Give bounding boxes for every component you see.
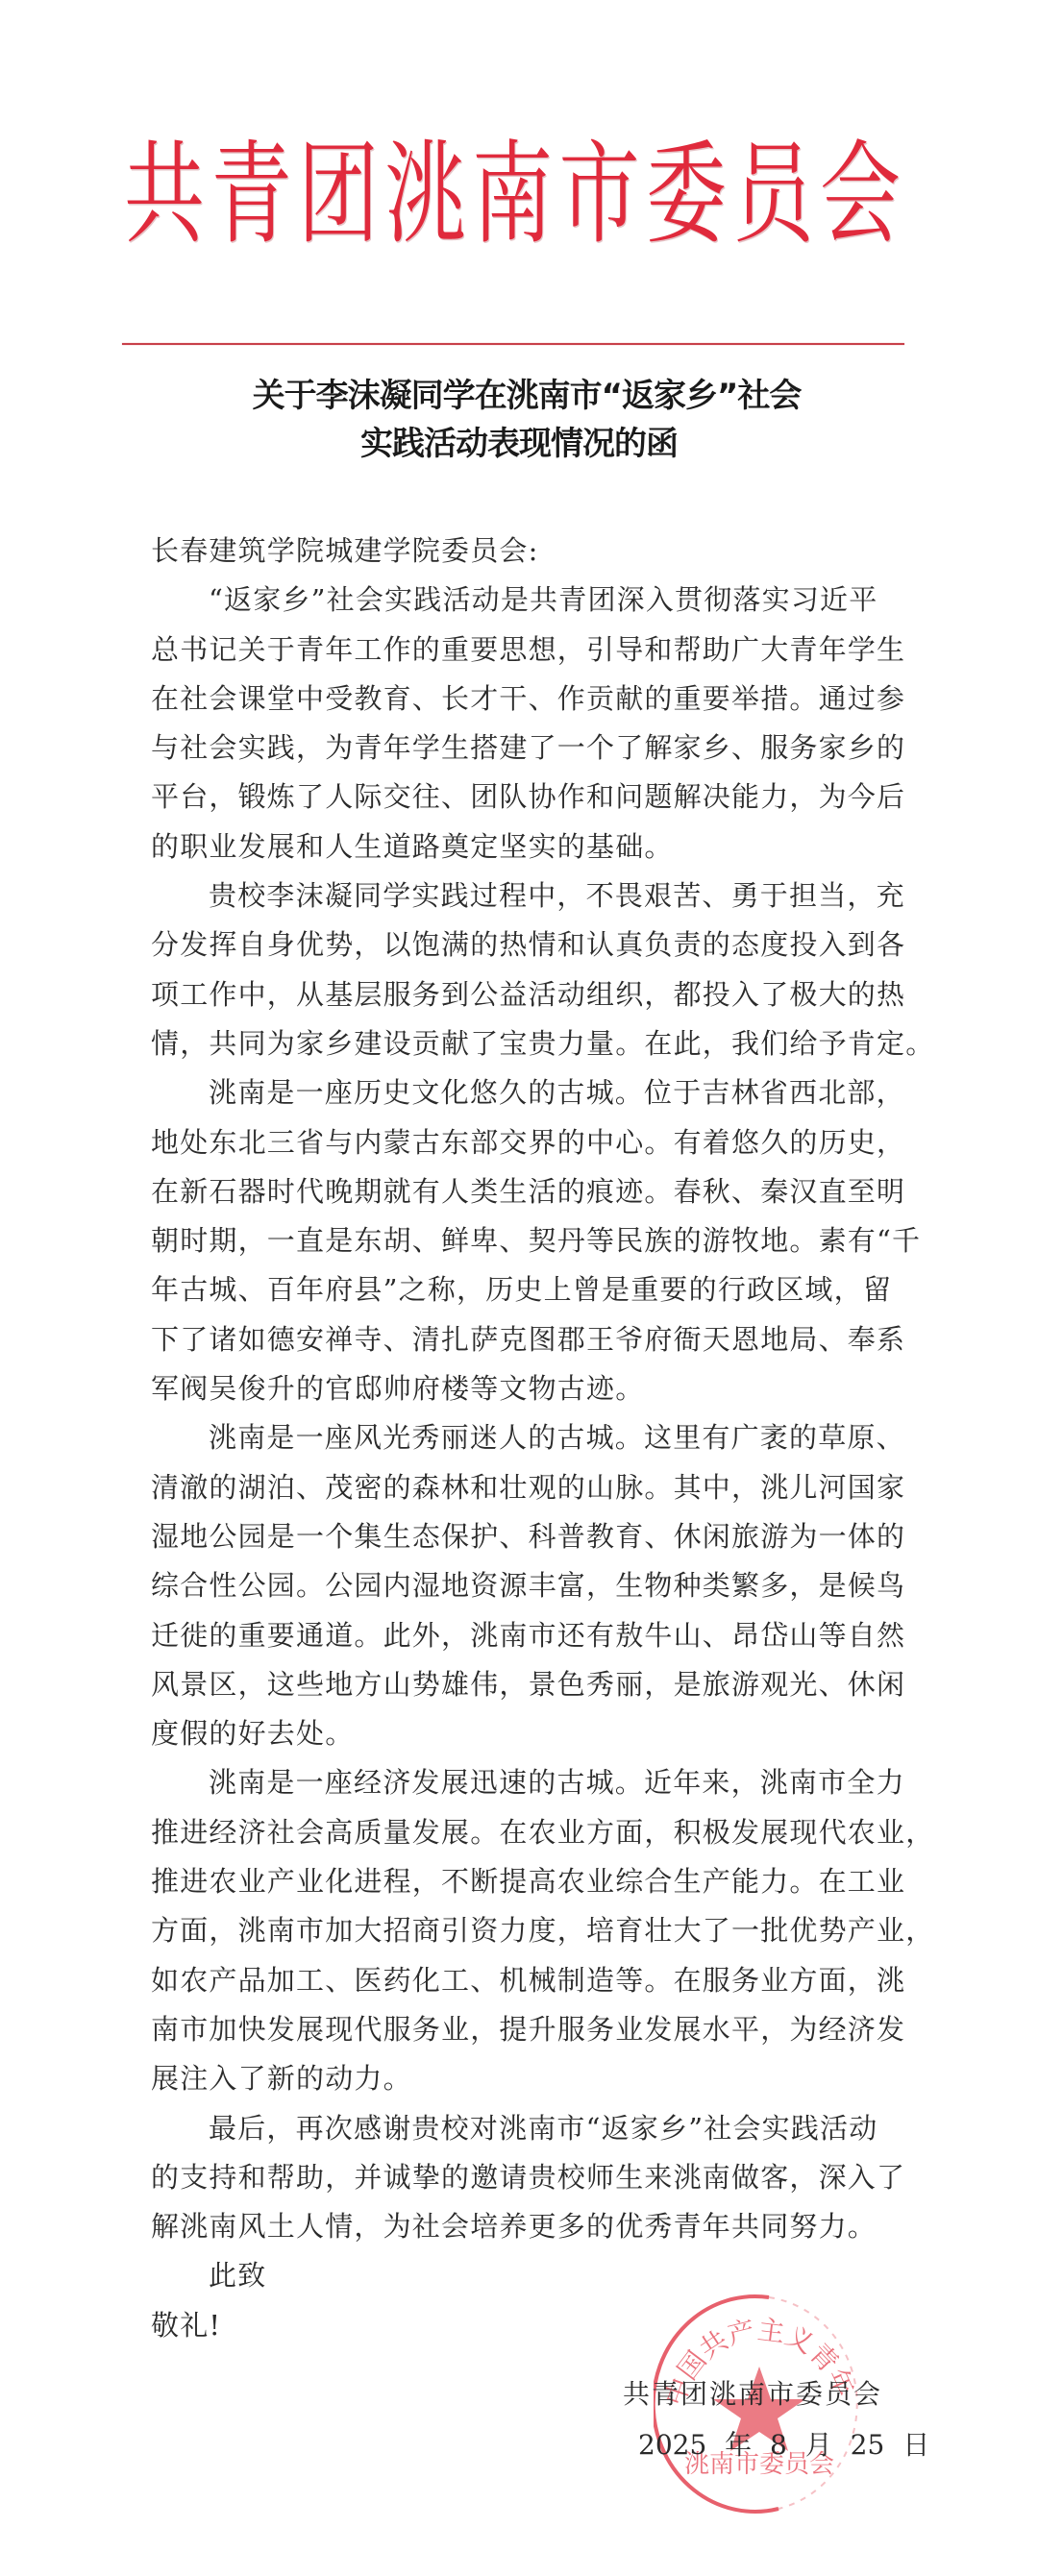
text-line: 综合性公园。公园内湿地资源丰富，生物种类繁多，是候鸟	[151, 1561, 891, 1610]
text-line: 解洮南风土人情，为社会培养更多的优秀青年共同努力。	[151, 2202, 891, 2251]
text-line: 湿地公园是一个集生态保护、科普教育、休闲旅游为一体的	[151, 1512, 891, 1561]
text-line: “返家乡”社会实践活动是共青团深入贯彻落实习近平	[151, 576, 891, 625]
paragraph-4: 洮南是一座风光秀丽迷人的古城。这里有广袤的草原、 清澈的湖泊、茂密的森林和壮观的…	[151, 1413, 891, 1758]
letterhead-char: 南	[471, 138, 554, 250]
text-line: 贵校李沫凝同学实践过程中，不畏艰苦、勇于担当，充	[151, 871, 891, 920]
document-title-line-2: 实践活动表现情况的函	[0, 420, 1038, 468]
text-line: 在社会课堂中受教育、长才干、作贡献的重要举措。通过参	[151, 675, 891, 724]
letterhead-char: 委	[645, 138, 728, 250]
text-line: 项工作中，从基层服务到公益活动组织，都投入了极大的热	[151, 970, 891, 1019]
text-line: 军阀吴俊升的官邸帅府楼等文物古迹。	[151, 1364, 891, 1413]
salutation: 长春建筑学院城建学院委员会:	[151, 527, 891, 576]
document-title-line-1: 关于李沫凝同学在洮南市“返家乡”社会	[8, 372, 1038, 420]
text-line: 推进农业产业化进程，不断提高农业综合生产能力。在工业	[151, 1857, 891, 1906]
text-line: 的支持和帮助，并诚挚的邀请贵校师生来洮南做客，深入了	[151, 2153, 891, 2202]
text-line: 在新石器时代晚期就有人类生活的痕迹。春秋、秦汉直至明	[151, 1167, 891, 1216]
letterhead-char: 共	[123, 138, 206, 250]
text-line: 情，共同为家乡建设贡献了宝贵力量。在此，我们给予肯定。	[151, 1019, 891, 1068]
letterhead-divider	[122, 343, 904, 345]
signature-organization: 共青团洮南市委员会	[623, 2375, 882, 2414]
text-line: 下了诸如德安禅寺、清扎萨克图郡王爷府衙天恩地局、奉系	[151, 1315, 891, 1364]
paragraph-1: “返家乡”社会实践活动是共青团深入贯彻落实习近平 总书记关于青年工作的重要思想，…	[151, 576, 891, 871]
text-line: 地处东北三省与内蒙古东部交界的中心。有着悠久的历史，	[151, 1118, 891, 1167]
text-line: 分发挥自身优势，以饱满的热情和认真负责的态度投入到各	[151, 920, 891, 969]
text-line: 最后，再次感谢贵校对洮南市“返家乡”社会实践活动	[151, 2104, 891, 2153]
text-line: 的职业发展和人生道路奠定坚实的基础。	[151, 822, 891, 871]
letterhead-char: 员	[732, 138, 815, 250]
text-line: 总书记关于青年工作的重要思想，引导和帮助广大青年学生	[151, 626, 891, 675]
text-line: 迁徙的重要通道。此外，洮南市还有敖牛山、昂岱山等自然	[151, 1611, 891, 1660]
org-letterhead-title: 共 青 团 洮 南 市 委 员 会	[123, 114, 902, 274]
text-line: 洮南是一座风光秀丽迷人的古城。这里有广袤的草原、	[151, 1413, 891, 1462]
text-line: 与社会实践，为青年学生搭建了一个了解家乡、服务家乡的	[151, 724, 891, 773]
text-line: 度假的好去处。	[151, 1709, 891, 1758]
text-line: 方面，洮南市加大招商引资力度，培育壮大了一批优势产业，	[151, 1906, 891, 1955]
text-line: 洮南是一座经济发展迅速的古城。近年来，洮南市全力	[151, 1758, 891, 1807]
text-line: 朝时期，一直是东胡、鲜卑、契丹等民族的游牧地。素有“千	[151, 1216, 891, 1265]
paragraph-6: 最后，再次感谢贵校对洮南市“返家乡”社会实践活动 的支持和帮助，并诚挚的邀请贵校…	[151, 2104, 891, 2252]
text-line: 平台，锻炼了人际交往、团队协作和问题解决能力，为今后	[151, 773, 891, 822]
text-line: 如农产品加工、医药化工、机械制造等。在服务业方面，洮	[151, 1956, 891, 2005]
letterhead-char: 团	[297, 138, 380, 250]
letterhead-char: 洮	[384, 138, 467, 250]
text-line: 风景区，这些地方山势雄伟，景色秀丽，是旅游观光、休闲	[151, 1660, 891, 1709]
text-line: 清澈的湖泊、茂密的森林和壮观的山脉。其中，洮儿河国家	[151, 1463, 891, 1512]
text-line: 洮南是一座历史文化悠久的古城。位于吉林省西北部，	[151, 1068, 891, 1117]
text-line: 南市加快发展现代服务业，提升服务业发展水平，为经济发	[151, 2005, 891, 2054]
text-line: 展注入了新的动力。	[151, 2054, 891, 2103]
text-line: 推进经济社会高质量发展。在农业方面，积极发展现代农业，	[151, 1808, 891, 1857]
paragraph-5: 洮南是一座经济发展迅速的古城。近年来，洮南市全力 推进经济社会高质量发展。在农业…	[151, 1758, 891, 2103]
text-line: 年古城、百年府县”之称，历史上曾是重要的行政区域，留	[151, 1265, 891, 1314]
letter-body: 长春建筑学院城建学院委员会: “返家乡”社会实践活动是共青团深入贯彻落实习近平 …	[151, 527, 891, 2350]
letterhead-char: 青	[210, 138, 293, 250]
letterhead-char: 会	[819, 138, 902, 250]
paragraph-2: 贵校李沫凝同学实践过程中，不畏艰苦、勇于担当，充 分发挥自身优势，以饱满的热情和…	[151, 871, 891, 1068]
signature-date: 2025 年 8 月 25 日	[638, 2426, 929, 2465]
letterhead-char: 市	[558, 138, 641, 250]
paragraph-3: 洮南是一座历史文化悠久的古城。位于吉林省西北部， 地处东北三省与内蒙古东部交界的…	[151, 1068, 891, 1413]
